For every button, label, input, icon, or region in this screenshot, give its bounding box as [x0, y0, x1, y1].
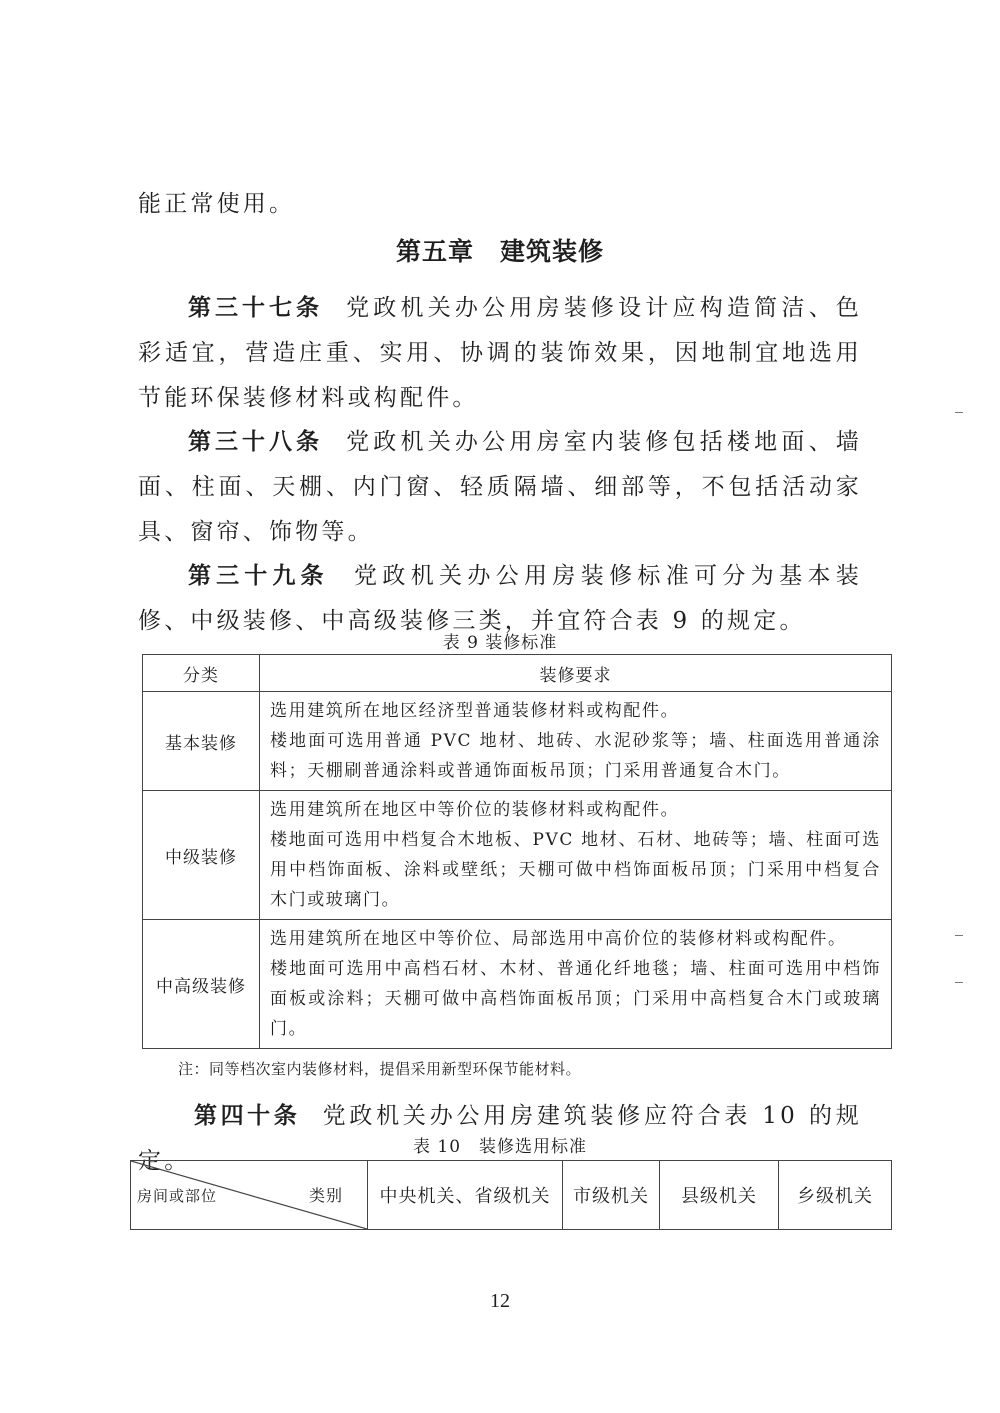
table9-caption: 表 9 装修标准 [0, 628, 1000, 653]
article-37: 第三十七条 党政机关办公用房装修设计应构造简洁、色彩适宜，营造庄重、实用、协调的… [138, 286, 862, 421]
header-municipal: 市级机关 [563, 1161, 660, 1230]
chapter-heading: 第五章建筑装修 [0, 232, 1000, 268]
table-row: 基本装修 选用建筑所在地区经济型普通装修材料或构配件。 楼地面可选用普通 PVC… [143, 692, 892, 791]
chapter-number: 第五章 [396, 237, 474, 266]
page-number: 12 [0, 1290, 1000, 1313]
row-requirements: 选用建筑所在地区经济型普通装修材料或构配件。 楼地面可选用普通 PVC 地材、地… [260, 692, 892, 791]
article-lead: 第三十八条 [188, 429, 323, 455]
header-central-provincial: 中央机关、省级机关 [368, 1161, 563, 1230]
requirement-line: 选用建筑所在地区中等价位、局部选用中高价位的装修材料或构配件。 [270, 924, 881, 954]
table9-note: 注：同等档次室内装修材料，提倡采用新型环保节能材料。 [178, 1058, 581, 1079]
decoration-selection-table: 房间或部位 类别 中央机关、省级机关 市级机关 县级机关 乡级机关 [130, 1160, 892, 1230]
header-county: 县级机关 [660, 1161, 779, 1230]
scan-edge-mark [955, 412, 963, 413]
row-requirements: 选用建筑所在地区中等价位、局部选用中高价位的装修材料或构配件。 楼地面可选用中高… [260, 920, 892, 1049]
requirement-line: 楼地面可选用中高档石材、木材、普通化纤地毯；墙、柱面可选用中档饰面板或涂料；天棚… [270, 954, 881, 1044]
chapter-title: 建筑装修 [500, 237, 604, 266]
header-category: 分类 [143, 655, 260, 692]
row-category: 中高级装修 [143, 920, 260, 1049]
requirement-line: 选用建筑所在地区经济型普通装修材料或构配件。 [270, 696, 881, 726]
article-lead: 第三十七条 [188, 295, 323, 321]
diagonal-header-cell: 房间或部位 类别 [131, 1161, 368, 1230]
corner-col-label: 类别 [309, 1183, 343, 1206]
article-38: 第三十八条 党政机关办公用房室内装修包括楼地面、墙面、柱面、天棚、内门窗、轻质隔… [138, 420, 862, 555]
header-requirements: 装修要求 [260, 655, 892, 692]
table-row: 中级装修 选用建筑所在地区中等价位的装修材料或构配件。 楼地面可选用中档复合木地… [143, 791, 892, 920]
row-category: 中级装修 [143, 791, 260, 920]
scan-edge-mark [955, 982, 963, 983]
requirement-line: 楼地面可选用中档复合木地板、PVC 地材、石材、地砖等；墙、柱面可选用中档饰面板… [270, 825, 881, 915]
decoration-standard-table: 分类 装修要求 基本装修 选用建筑所在地区经济型普通装修材料或构配件。 楼地面可… [142, 654, 892, 1049]
row-requirements: 选用建筑所在地区中等价位的装修材料或构配件。 楼地面可选用中档复合木地板、PVC… [260, 791, 892, 920]
table-header-row: 房间或部位 类别 中央机关、省级机关 市级机关 县级机关 乡级机关 [131, 1161, 892, 1230]
requirement-line: 选用建筑所在地区中等价位的装修材料或构配件。 [270, 795, 881, 825]
table-header-row: 分类 装修要求 [143, 655, 892, 692]
table-row: 中高级装修 选用建筑所在地区中等价位、局部选用中高价位的装修材料或构配件。 楼地… [143, 920, 892, 1049]
carryover-text: 能正常使用。 [138, 182, 862, 227]
header-township: 乡级机关 [779, 1161, 892, 1230]
article-lead: 第四十条 [194, 1103, 300, 1129]
corner-row-label: 房间或部位 [137, 1185, 217, 1206]
requirement-line: 楼地面可选用普通 PVC 地材、地砖、水泥砂浆等；墙、柱面选用普通涂料；天棚刷普… [270, 726, 881, 786]
article-lead: 第三十九条 [188, 563, 329, 589]
row-category: 基本装修 [143, 692, 260, 791]
table10-caption: 表 10 装修选用标准 [0, 1132, 1000, 1157]
scan-edge-mark [955, 935, 963, 936]
